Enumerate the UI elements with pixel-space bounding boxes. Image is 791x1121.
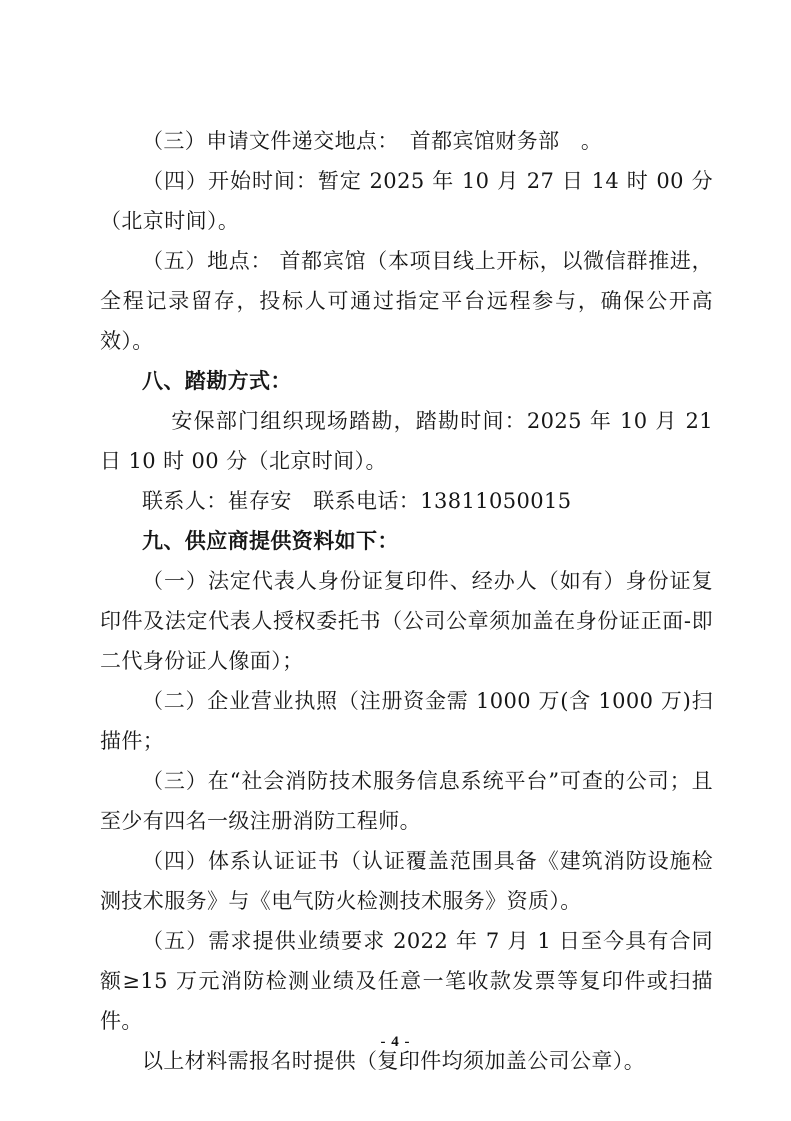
document-page: （三）申请文件递交地点： 首都宾馆财务部 。（四）开始时间：暂定 2025 年 …	[0, 0, 791, 1121]
para-item-3: （三）在“社会消防技术服务信息系统平台”可查的公司；且至少有四名一级注册消防工程…	[100, 761, 713, 841]
heading-supplier-materials: 九、供应商提供资料如下：	[100, 521, 713, 561]
para-item-1: （一）法定代表人身份证复印件、经办人（如有）身份证复印件及法定代表人授权委托书（…	[100, 561, 713, 681]
para-location: （五）地点： 首都宾馆（本项目线上开标，以微信群推进，全程记录留存，投标人可通过…	[100, 241, 713, 361]
para-survey-details: 安保部门组织现场踏勘，踏勘时间：2025 年 10 月 21 日 10 时 00…	[100, 401, 713, 481]
para-item-2: （二）企业营业执照（注册资金需 1000 万(含 1000 万)扫描件；	[100, 681, 713, 761]
heading-survey-method: 八、踏勘方式：	[100, 361, 713, 401]
para-item-5: （五）需求提供业绩要求 2022 年 7 月 1 日至今具有合同额≥15 万元消…	[100, 921, 713, 1041]
page-number: - 4 -	[381, 1034, 411, 1050]
para-delivery-location: （三）申请文件递交地点： 首都宾馆财务部 。	[100, 121, 713, 161]
page-footer: - 4 -	[0, 1031, 791, 1051]
para-contact: 联系人：崔存安 联系电话：13811050015	[100, 481, 713, 521]
para-item-4: （四）体系认证证书（认证覆盖范围具备《建筑消防设施检测技术服务》与《电气防火检测…	[100, 841, 713, 921]
para-start-time: （四）开始时间：暂定 2025 年 10 月 27 日 14 时 00 分（北京…	[100, 161, 713, 241]
document-body: （三）申请文件递交地点： 首都宾馆财务部 。（四）开始时间：暂定 2025 年 …	[100, 121, 713, 1081]
